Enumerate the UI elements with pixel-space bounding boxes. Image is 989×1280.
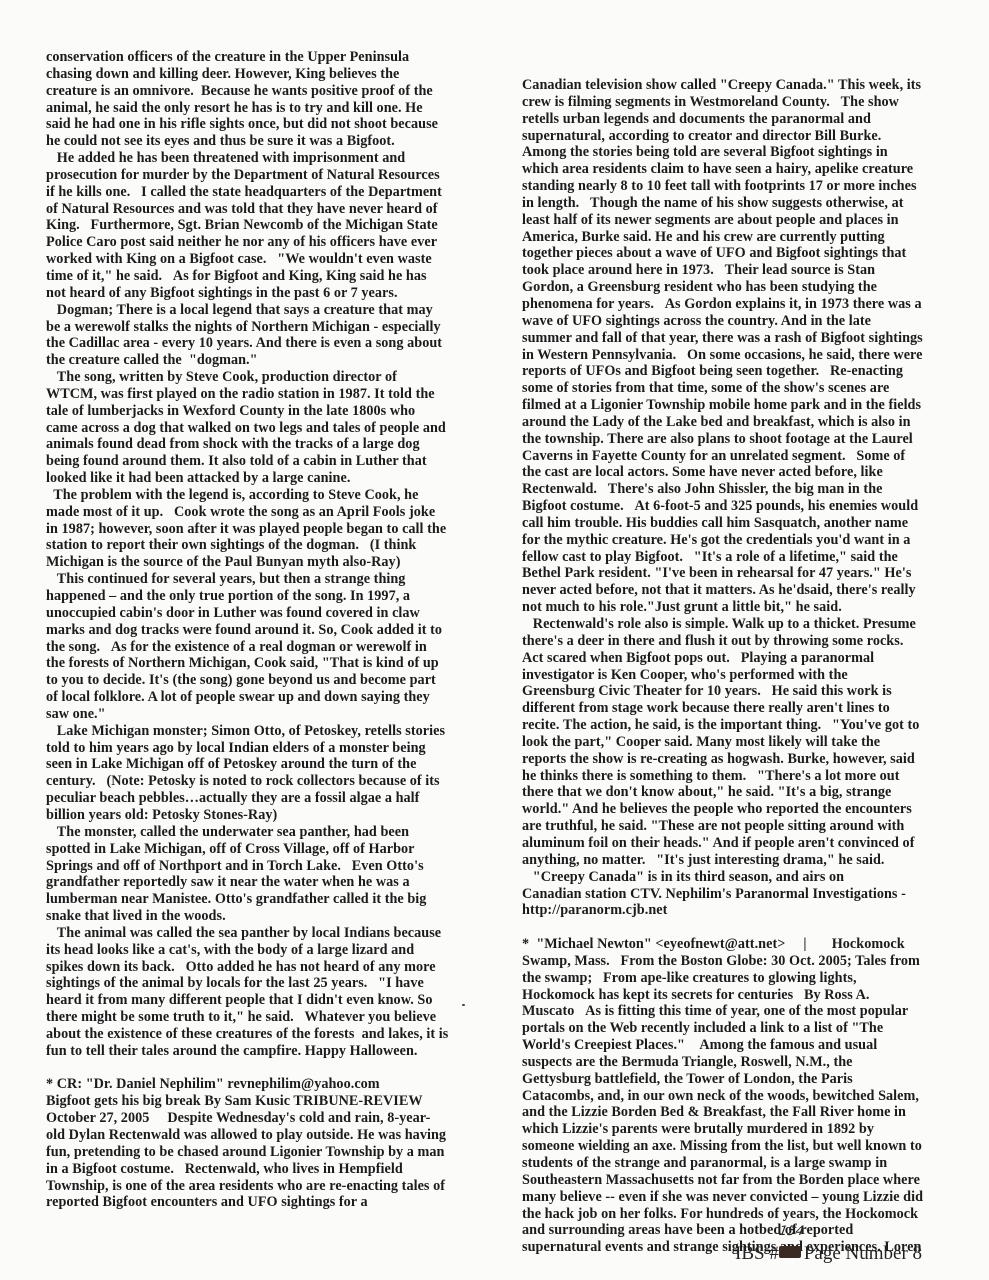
text-line: investigator is Ken Cooper, who's perfor…: [522, 667, 942, 684]
text-line: summer and fall of that year, there was …: [522, 330, 942, 347]
text-line: portals on the Web recently included a l…: [522, 1020, 942, 1037]
text-line: made most of it up. Cook wrote the song …: [46, 504, 466, 521]
text-line: took place around here in 1973. Their le…: [522, 262, 942, 279]
text-line: grandfather reportedly saw it near the w…: [46, 874, 466, 891]
text-line: fun to tell their tales around the campf…: [46, 1043, 466, 1060]
text-line: there's a deer in there and flush it out…: [522, 633, 942, 650]
scan-artifact: [462, 1004, 465, 1006]
text-line: animals found dead from shock with the t…: [46, 436, 466, 453]
text-line: he could not see its eyes and thus be su…: [46, 133, 466, 150]
text-line: around the Lady of the Lake bed and brea…: [522, 414, 942, 431]
text-line: in length. Though the name of his show s…: [522, 195, 942, 212]
text-line: reported Bigfoot encounters and UFO sigh…: [46, 1194, 466, 1211]
page-footer: IBS #Page Number 8: [735, 1243, 922, 1265]
text-line: happened – and the only true portion of …: [46, 588, 466, 605]
text-line: snake that lived in the woods.: [46, 908, 466, 925]
text-line: "Creepy Canada" is in its third season, …: [522, 869, 942, 886]
text-line: crew is filming segments in Westmoreland…: [522, 94, 942, 111]
text-line: * CR: "Dr. Daniel Nephilim" revnephilim@…: [46, 1076, 466, 1093]
text-line: standing nearly 8 to 10 feet tall with f…: [522, 178, 942, 195]
text-line: anything, no matter. "It's just interest…: [522, 852, 942, 869]
text-line: call him trouble. His buddies call him S…: [522, 515, 942, 532]
text-line: and surrounding areas have been a hotbed…: [522, 1222, 942, 1239]
text-line: Muscato As is fitting this time of year,…: [522, 1003, 942, 1020]
text-line: King. Furthermore, Sgt. Brian Newcomb of…: [46, 217, 466, 234]
text-line: its head looks like a cat's, with the bo…: [46, 942, 466, 959]
text-line: students of the strange and paranormal, …: [522, 1155, 942, 1172]
text-line: Catacombs, and, in our own neck of the w…: [522, 1088, 942, 1105]
text-line: of Natural Resources and was told that t…: [46, 201, 466, 218]
text-line: heard it from many different people that…: [46, 992, 466, 1009]
text-line: least half of its newer segments are abo…: [522, 212, 942, 229]
text-line: unoccupied cabin's door in Luther was fo…: [46, 605, 466, 622]
paragraph-gap: [522, 919, 942, 936]
text-line: said he had one in his rifle sights once…: [46, 116, 466, 133]
text-line: Rectenwald. There's also John Shissler, …: [522, 481, 942, 498]
text-line: the cast are local actors. Some have nev…: [522, 464, 942, 481]
text-line: reports the show is re-creating as hogwa…: [522, 751, 942, 768]
text-line: together pieces about a wave of UFO and …: [522, 245, 942, 262]
text-line: some of stories from that time, some of …: [522, 380, 942, 397]
text-line: if he kills one. I called the state head…: [46, 184, 466, 201]
left-column: conservation officers of the creature in…: [46, 49, 466, 1211]
text-line: Gettysburg battlefield, the Tower of Lon…: [522, 1071, 942, 1088]
text-line: about the existence of these creatures o…: [46, 1026, 466, 1043]
text-line: suspects are the Bermuda Triangle, Roswe…: [522, 1054, 942, 1071]
text-line: are truthful, he said. "These are not pe…: [522, 818, 942, 835]
text-line: in a Bigfoot costume. Rectenwald, who li…: [46, 1161, 466, 1178]
text-line: creature is an omnivore. Because he want…: [46, 83, 466, 100]
text-line: different from stage work because there …: [522, 700, 942, 717]
paragraph-gap: [46, 1060, 466, 1077]
text-line: marks and dog tracks were found around i…: [46, 622, 466, 639]
text-line: peculiar beach pebbles…actually they are…: [46, 790, 466, 807]
text-line: the swamp; From ape-like creatures to gl…: [522, 970, 942, 987]
text-line: the song. As for the existence of a real…: [46, 639, 466, 656]
text-line: WTCM, was first played on the radio stat…: [46, 386, 466, 403]
text-line: the creature called the "dogman.": [46, 352, 466, 369]
text-line: Hockomock has kept its secrets for centu…: [522, 987, 942, 1004]
text-line: the forests of Northern Michigan, Cook s…: [46, 655, 466, 672]
text-line: Dogman; There is a local legend that say…: [46, 302, 466, 319]
text-line: conservation officers of the creature in…: [46, 49, 466, 66]
redaction-mark: [779, 1246, 801, 1258]
text-line: century. (Note: Petosky is noted to rock…: [46, 773, 466, 790]
text-line: there that we don't know about," he said…: [522, 784, 942, 801]
text-line: being found around them. It also told of…: [46, 453, 466, 470]
text-line: retells urban legends and documents the …: [522, 111, 942, 128]
handwritten-issue-number: 154: [778, 1224, 805, 1239]
text-line: Among the stories being told are several…: [522, 144, 942, 161]
text-line: which Lizzie's parents were brutally mur…: [522, 1121, 942, 1138]
text-line: looked like it had been attacked by a la…: [46, 470, 466, 487]
text-line: Springs and off of Northport and in Torc…: [46, 858, 466, 875]
text-line: supernatural, according to creator and d…: [522, 128, 942, 145]
text-line: chasing down and killing deer. However, …: [46, 66, 466, 83]
text-line: someone wielding an axe. Missing from th…: [522, 1138, 942, 1155]
text-line: reports of UFOs and Bigfoot being seen t…: [522, 363, 942, 380]
text-line: Rectenwald's role also is simple. Walk u…: [522, 616, 942, 633]
text-line: for the mythic creature. He's got the cr…: [522, 532, 942, 549]
footer-prefix: IBS #: [735, 1243, 779, 1264]
text-line: fellow cast to play Bigfoot. "It's a rol…: [522, 549, 942, 566]
text-line: in 1987; however, soon after it was play…: [46, 521, 466, 538]
text-line: not much to his role."Just grunt a littl…: [522, 599, 942, 616]
text-line: The song, written by Steve Cook, product…: [46, 369, 466, 386]
text-line: October 27, 2005 Despite Wednesday's col…: [46, 1110, 466, 1127]
text-line: seen in Lake Michigan off of Petoskey ar…: [46, 756, 466, 773]
text-line: many believe -- even if she was never co…: [522, 1189, 942, 1206]
text-line: never acted before, not that it matters.…: [522, 582, 942, 599]
text-line: to you to decide. It's (the song) gone b…: [46, 672, 466, 689]
text-line: look the part," Cooper said. Many most l…: [522, 734, 942, 751]
text-line: wave of UFO sightings across the country…: [522, 313, 942, 330]
text-line: This continued for several years, but th…: [46, 571, 466, 588]
text-line: Michigan is the source of the Paul Bunya…: [46, 554, 466, 571]
text-line: in Western Pennsylvania. On some occasio…: [522, 347, 942, 364]
text-line: spotted in Lake Michigan, off of Cross V…: [46, 841, 466, 858]
text-line: phenomena for years. As Gordon explains …: [522, 296, 942, 313]
text-line: and the Lizzie Borden Bed & Breakfast, t…: [522, 1104, 942, 1121]
right-column: Canadian television show called "Creepy …: [522, 77, 942, 1256]
text-line: Township, is one of the area residents w…: [46, 1178, 466, 1195]
text-line: * "Michael Newton" <eyeofnewt@att.net> |…: [522, 936, 942, 953]
page-number-label: Page Number 8: [804, 1243, 922, 1264]
text-line: of local folklore. A lot of people swear…: [46, 689, 466, 706]
text-line: http://paranorm.cjb.net: [522, 902, 942, 919]
text-line: came across a dog that walked on two leg…: [46, 420, 466, 437]
text-line: sightings of the animal by locals for th…: [46, 975, 466, 992]
text-line: Bigfoot gets his big break By Sam Kusic …: [46, 1093, 466, 1110]
text-line: filmed at a Ligonier Township mobile hom…: [522, 397, 942, 414]
text-line: worked with King on a Bigfoot case. "We …: [46, 251, 466, 268]
text-line: told to him years ago by local Indian el…: [46, 740, 466, 757]
text-line: animal, he said the only resort he has i…: [46, 100, 466, 117]
text-line: saw one.": [46, 706, 466, 723]
text-line: Swamp, Mass. From the Boston Globe: 30 O…: [522, 953, 942, 970]
text-line: aluminum foil on their heads." And if pe…: [522, 835, 942, 852]
text-line: The monster, called the underwater sea p…: [46, 824, 466, 841]
text-line: Lake Michigan monster; Simon Otto, of Pe…: [46, 723, 466, 740]
text-line: The problem with the legend is, accordin…: [46, 487, 466, 504]
text-line: the township. There are also plans to sh…: [522, 431, 942, 448]
text-line: prosecution for murder by the Department…: [46, 167, 466, 184]
text-line: Caverns in Fayette County for an unrelat…: [522, 448, 942, 465]
text-line: tale of lumberjacks in Wexford County in…: [46, 403, 466, 420]
text-line: Gordon, a Greensburg resident who has be…: [522, 279, 942, 296]
text-line: Bethel Park resident. "I've been in rehe…: [522, 565, 942, 582]
text-line: not heard of any Bigfoot sightings in th…: [46, 285, 466, 302]
text-line: The animal was called the sea panther by…: [46, 925, 466, 942]
text-line: old Dylan Rectenwald was allowed to play…: [46, 1127, 466, 1144]
text-line: Canadian television show called "Creepy …: [522, 77, 942, 94]
text-line: he thinks there is something to them. "T…: [522, 768, 942, 785]
text-line: the hack job on her folks. For hundreds …: [522, 1206, 942, 1223]
text-line: world." And he believes the people who r…: [522, 801, 942, 818]
text-line: He added he has been threatened with imp…: [46, 150, 466, 167]
text-line: billion years old: Petosky Stones-Ray): [46, 807, 466, 824]
text-line: lumberman near Manistee. Otto's grandfat…: [46, 891, 466, 908]
text-line: fun, pretending to be chased around Ligo…: [46, 1144, 466, 1161]
text-line: time of it," he said. As for Bigfoot and…: [46, 268, 466, 285]
text-line: spikes down its back. Otto added he has …: [46, 959, 466, 976]
text-line: recite. The action, he said, is the impo…: [522, 717, 942, 734]
text-line: Southeastern Massachusetts not far from …: [522, 1172, 942, 1189]
text-line: station to report their own sightings of…: [46, 537, 466, 554]
text-line: Canadian station CTV. Nephilim's Paranor…: [522, 886, 942, 903]
text-line: America, Burke said. He and his crew are…: [522, 229, 942, 246]
text-line: there might be some truth to it," he sai…: [46, 1009, 466, 1026]
text-line: which area residents claim to have seen …: [522, 161, 942, 178]
text-line: be a werewolf stalks the nights of North…: [46, 319, 466, 336]
text-line: Bigfoot costume. At 6-foot-5 and 325 pou…: [522, 498, 942, 515]
text-line: Police Caro post said neither he nor any…: [46, 234, 466, 251]
text-line: the Cadillac area - every 10 years. And …: [46, 335, 466, 352]
text-line: Greensburg Civic Theater for 10 years. H…: [522, 683, 942, 700]
text-line: Act scared when Bigfoot pops out. Playin…: [522, 650, 942, 667]
text-line: World's Creepiest Places." Among the fam…: [522, 1037, 942, 1054]
